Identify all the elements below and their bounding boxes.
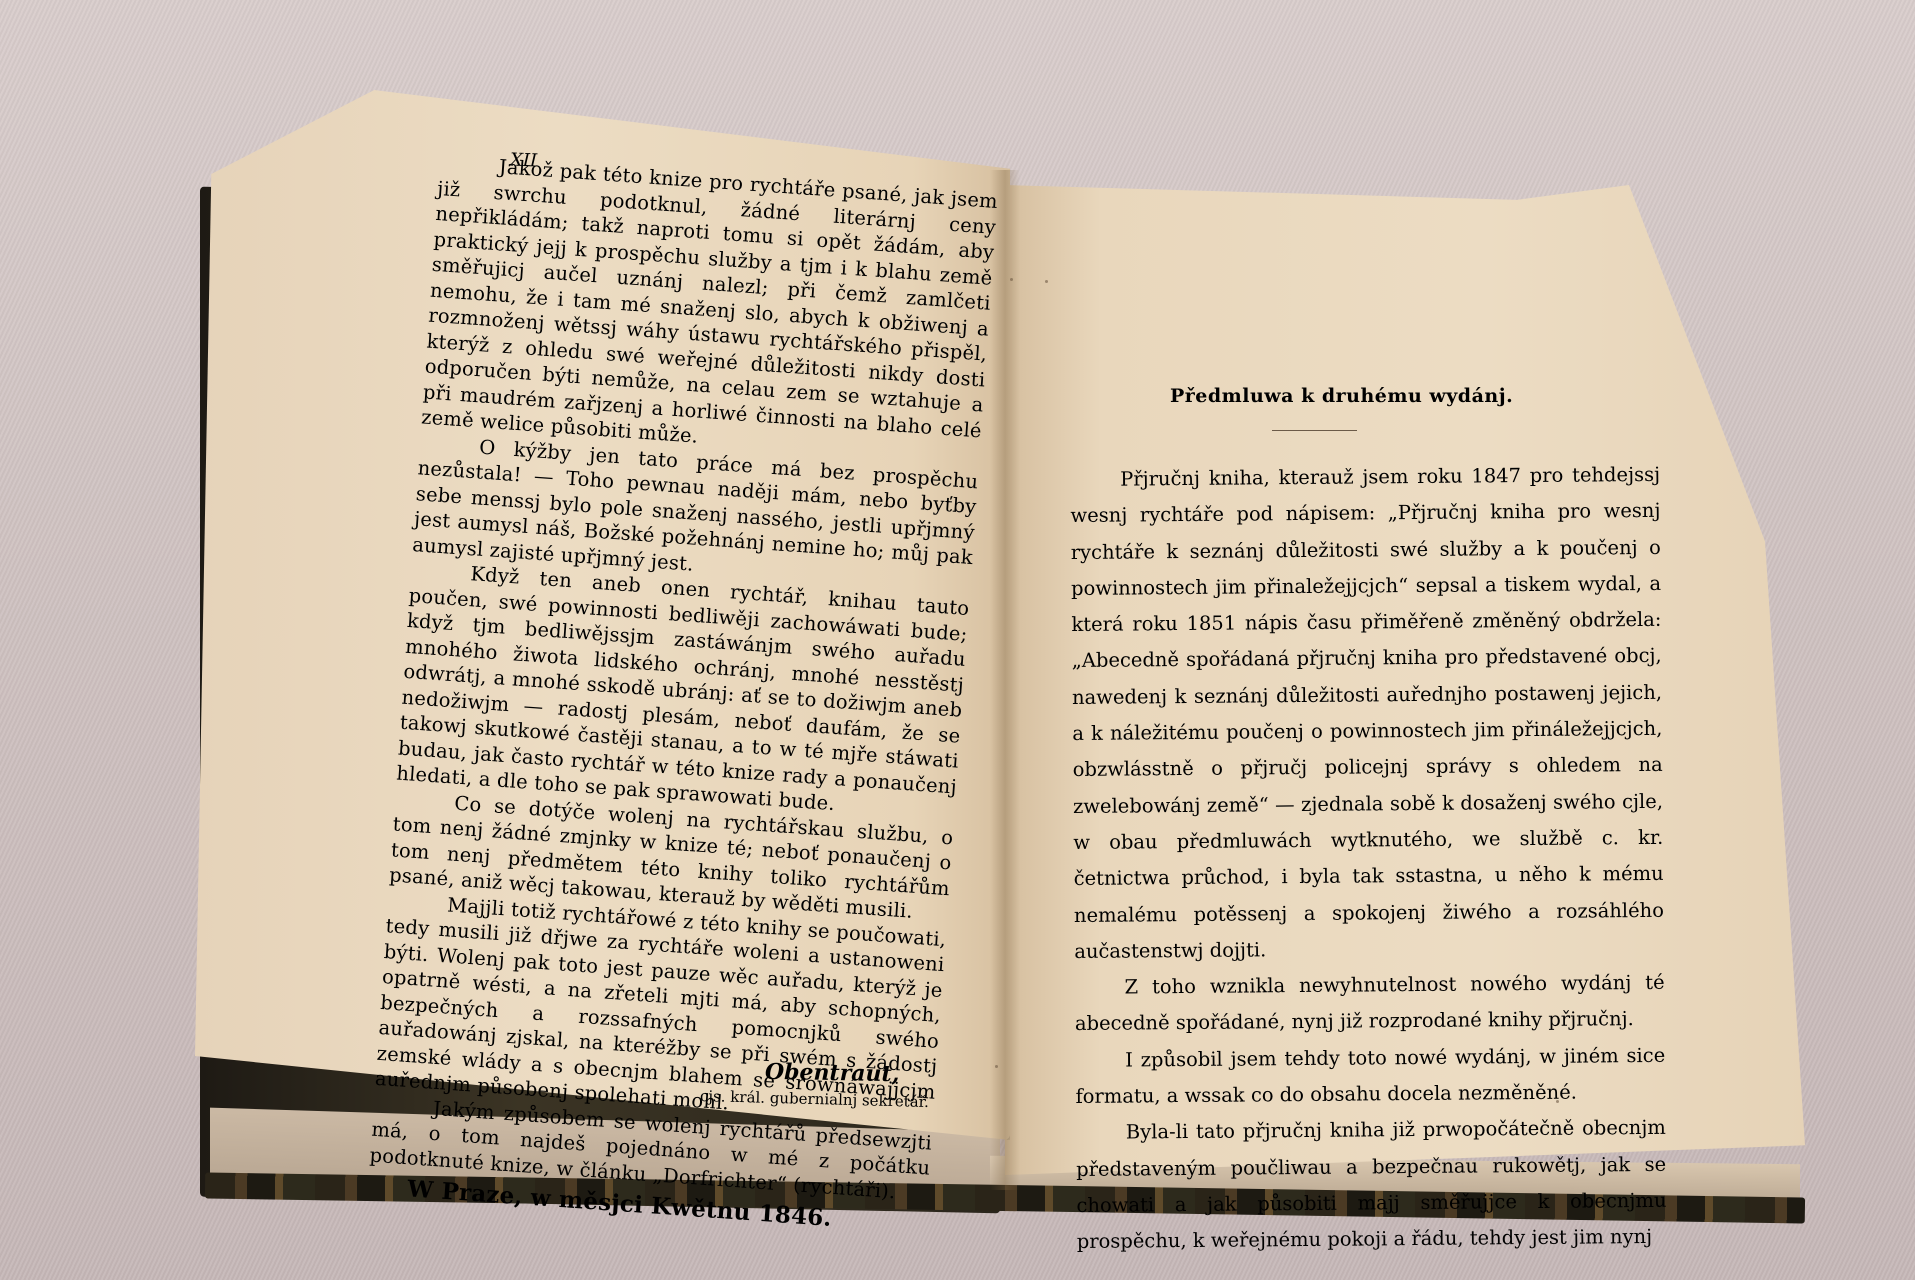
book-gutter (990, 170, 1020, 1190)
paragraph: Když ten aneb onen rychtář, knihau tauto… (396, 557, 971, 825)
paragraph: I způsobil jsem tehdy toto nowé wydánj, … (1075, 1038, 1666, 1116)
paper-speck (995, 1065, 998, 1068)
paragraph: Z toho wznikla newyhnutelnost nowého wyd… (1074, 965, 1665, 1043)
paragraph: Přjručnj kniha, kterauž jsem roku 1847 p… (1070, 457, 1664, 970)
section-title: Předmluwa k druhému wydánj. (1170, 385, 1513, 407)
paper-speck (1045, 280, 1048, 283)
paragraph: Byla-li tato přjručnj kniha již prwopočá… (1076, 1110, 1667, 1260)
left-page-text: Jakož pak této knize pro rychtáře psané,… (367, 150, 999, 1238)
right-page-text: Přjručnj kniha, kterauž jsem roku 1847 p… (1070, 457, 1667, 1261)
title-rule (1272, 430, 1357, 431)
signature-name: Obentraut, (765, 1059, 900, 1087)
paper-speck (1556, 1100, 1559, 1103)
paper-speck (1010, 278, 1013, 281)
paragraph: Jakož pak této knize pro rychtáře psané,… (420, 150, 998, 469)
